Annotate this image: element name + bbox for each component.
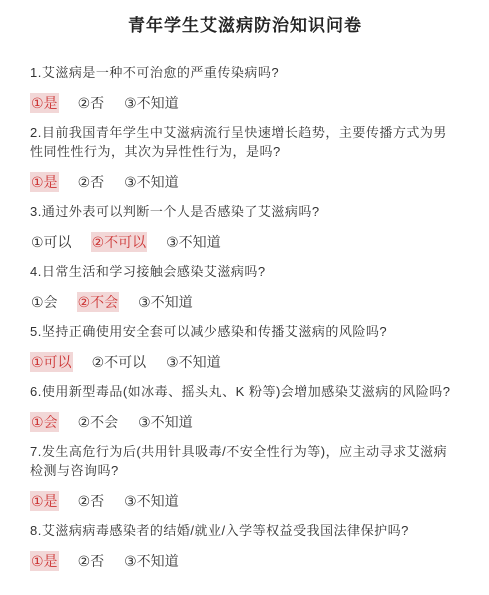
- option-no[interactable]: ②否: [77, 551, 106, 571]
- option-no[interactable]: ②否: [77, 491, 106, 511]
- option-no[interactable]: ②否: [77, 172, 106, 192]
- option-no[interactable]: ②否: [77, 93, 106, 113]
- question-7: 7.发生高危行为后(共用针具吸毒/不安全性行为等)，应主动寻求艾滋病检测与咨询吗…: [30, 442, 460, 511]
- option-cannot[interactable]: ②不可以: [91, 352, 148, 372]
- question-text: 5.坚持正确使用安全套可以减少感染和传播艾滋病的风险吗?: [30, 322, 460, 341]
- option-unknown[interactable]: ③不知道: [137, 412, 194, 432]
- option-yes[interactable]: ①是: [30, 491, 59, 511]
- question-text: 4.日常生活和学习接触会感染艾滋病吗?: [30, 262, 460, 281]
- options-row: ①是 ②否 ③不知道: [30, 172, 460, 192]
- question-8: 8.艾滋病病毒感染者的结婚/就业/入学等权益受我国法律保护吗? ①是 ②否 ③不…: [30, 521, 460, 571]
- options-row: ①可以 ②不可以 ③不知道: [30, 352, 460, 372]
- options-row: ①会 ②不会 ③不知道: [30, 292, 460, 312]
- option-will-not[interactable]: ②不会: [77, 292, 120, 312]
- question-3: 3.通过外表可以判断一个人是否感染了艾滋病吗? ①可以 ②不可以 ③不知道: [30, 202, 460, 252]
- option-will-not[interactable]: ②不会: [77, 412, 120, 432]
- option-unknown[interactable]: ③不知道: [165, 352, 222, 372]
- option-yes[interactable]: ①是: [30, 551, 59, 571]
- option-unknown[interactable]: ③不知道: [137, 292, 194, 312]
- question-text: 2.目前我国青年学生中艾滋病流行呈快速增长趋势，主要传播方式为男性同性性行为，其…: [30, 123, 460, 161]
- option-can[interactable]: ①可以: [30, 232, 73, 252]
- page-title: 青年学生艾滋病防治知识问卷: [30, 14, 460, 37]
- options-row: ①会 ②不会 ③不知道: [30, 412, 460, 432]
- question-text: 6.使用新型毒品(如冰毒、摇头丸、K 粉等)会增加感染艾滋病的风险吗?: [30, 382, 460, 401]
- question-text: 3.通过外表可以判断一个人是否感染了艾滋病吗?: [30, 202, 460, 221]
- question-text: 8.艾滋病病毒感染者的结婚/就业/入学等权益受我国法律保护吗?: [30, 521, 460, 540]
- question-1: 1.艾滋病是一种不可治愈的严重传染病吗? ①是 ②否 ③不知道: [30, 63, 460, 113]
- options-row: ①可以 ②不可以 ③不知道: [30, 232, 460, 252]
- options-row: ①是 ②否 ③不知道: [30, 93, 460, 113]
- option-cannot[interactable]: ②不可以: [91, 232, 148, 252]
- option-unknown[interactable]: ③不知道: [165, 232, 222, 252]
- question-text: 1.艾滋病是一种不可治愈的严重传染病吗?: [30, 63, 460, 82]
- question-2: 2.目前我国青年学生中艾滋病流行呈快速增长趋势，主要传播方式为男性同性性行为，其…: [30, 123, 460, 192]
- option-unknown[interactable]: ③不知道: [123, 172, 180, 192]
- option-will[interactable]: ①会: [30, 292, 59, 312]
- option-yes[interactable]: ①是: [30, 172, 59, 192]
- question-4: 4.日常生活和学习接触会感染艾滋病吗? ①会 ②不会 ③不知道: [30, 262, 460, 312]
- option-can[interactable]: ①可以: [30, 352, 73, 372]
- question-text: 7.发生高危行为后(共用针具吸毒/不安全性行为等)，应主动寻求艾滋病检测与咨询吗…: [30, 442, 460, 480]
- option-unknown[interactable]: ③不知道: [123, 551, 180, 571]
- options-row: ①是 ②否 ③不知道: [30, 551, 460, 571]
- question-5: 5.坚持正确使用安全套可以减少感染和传播艾滋病的风险吗? ①可以 ②不可以 ③不…: [30, 322, 460, 372]
- option-unknown[interactable]: ③不知道: [123, 491, 180, 511]
- question-6: 6.使用新型毒品(如冰毒、摇头丸、K 粉等)会增加感染艾滋病的风险吗? ①会 ②…: [30, 382, 460, 432]
- options-row: ①是 ②否 ③不知道: [30, 491, 460, 511]
- option-yes[interactable]: ①是: [30, 93, 59, 113]
- option-will[interactable]: ①会: [30, 412, 59, 432]
- option-unknown[interactable]: ③不知道: [123, 93, 180, 113]
